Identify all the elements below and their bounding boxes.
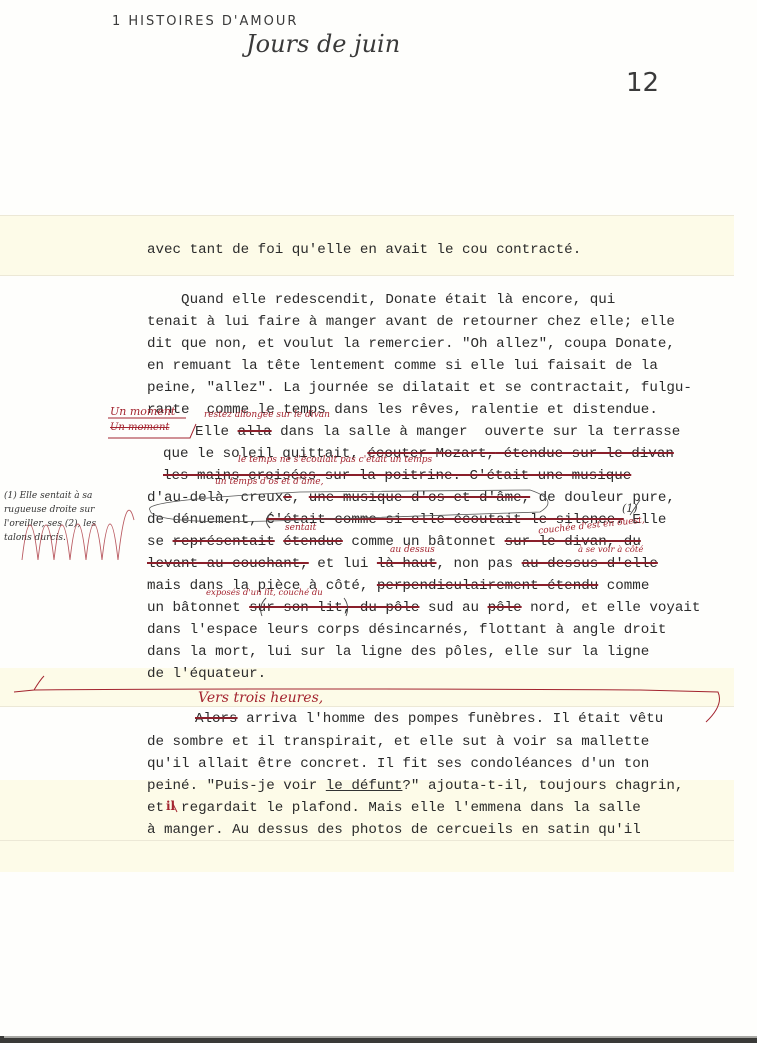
interlinear-annotation: exposés d'un lit, couché du <box>206 588 323 598</box>
page-number: 12 <box>626 68 659 98</box>
struck-text: sur son lit, du pôle <box>249 600 419 616</box>
interlinear-annotation: au dessus <box>390 545 435 555</box>
typed-line: dans la mort, lui sur la ligne des pôles… <box>147 645 649 659</box>
typed-line: peine, "allez". La journée se dilatait e… <box>147 381 692 395</box>
struck-text: perpendiculairement étendu <box>377 578 598 594</box>
pasted-paper-strip <box>0 668 734 706</box>
insert-marker: (1) <box>622 502 638 515</box>
typed-line: de sombre et il transpirait, et elle sut… <box>147 735 649 749</box>
struck-text: représentait <box>173 534 275 550</box>
struck-text: étendue <box>283 534 343 550</box>
underlined-text: le défunt <box>326 778 403 794</box>
typed-line: tenait à lui faire à manger avant de ret… <box>147 315 675 329</box>
struck-text: Alors <box>195 711 238 727</box>
typed-line: de l'équateur. <box>147 667 266 681</box>
typed-line: dit que non, et voulut la remercier. "Oh… <box>147 337 675 351</box>
typed-line: d'au-delà, creuxe, une musique d'os et d… <box>147 491 675 505</box>
typed-line: levant au couchant, et lui là haut, non … <box>147 557 658 571</box>
struck-text: levant au couchant, <box>147 556 309 572</box>
paper-edge <box>0 215 734 216</box>
interlinear-annotation: un temps d'os et d'âme, <box>215 477 323 487</box>
typed-line: qu'il allait être concret. Il fit ses co… <box>147 757 649 771</box>
interlinear-annotation: sentait <box>285 523 316 533</box>
struck-text: C'était une musique <box>470 468 632 484</box>
scan-border <box>0 1036 757 1043</box>
insert-annotation: il <box>166 799 175 813</box>
typed-line: Alors arriva l'homme des pompes funèbres… <box>195 712 663 726</box>
paper-edge <box>0 706 734 707</box>
typed-line: Elle alla dans la salle à manger ouverte… <box>195 425 680 439</box>
header-note-subtitle: Jours de juin <box>246 30 400 58</box>
paper-edge <box>0 840 734 841</box>
typed-line: à manger. Au dessus des photos de cercue… <box>147 823 641 837</box>
interlinear-annotation: Vers trois heures, <box>198 690 323 706</box>
interlinear-annotation: restez allongée sur le divan <box>204 410 330 420</box>
paper-edge <box>0 275 734 276</box>
struck-text: pôle <box>488 600 522 616</box>
margin-note: (1) Elle sentait à sa rugueuse droite su… <box>4 490 96 546</box>
header-note-title: 1 HISTOIRES D'AMOUR <box>112 14 298 29</box>
interlinear-annotation: à se voir à côté <box>578 545 643 555</box>
struck-text: une musique d'os et d'âme, <box>309 490 530 506</box>
struck-text: alla <box>238 424 272 440</box>
struck-text: au dessus d'elle <box>522 556 658 572</box>
typed-line: peiné. "Puis-je voir le défunt?" ajouta-… <box>147 779 683 793</box>
typed-line: avec tant de foi qu'elle en avait le cou… <box>147 243 581 257</box>
typed-line: un bâtonnet sur son lit, du pôle sud au … <box>147 601 700 615</box>
margin-annotation: Un moment <box>110 405 175 418</box>
margin-annotation: Un moment <box>110 422 169 433</box>
typed-line: dans l'espace leurs corps désincarnés, f… <box>147 623 666 637</box>
struck-text: là haut <box>377 556 437 572</box>
manuscript-page: 1 HISTOIRES D'AMOUR Jours de juin 12 ave… <box>0 0 757 1043</box>
interlinear-annotation: le temps ne s'écoulait pas c'était un te… <box>238 455 432 465</box>
struck-text: e <box>283 490 292 506</box>
typed-line: en remuant la tête lentement comme si el… <box>147 359 658 373</box>
typed-line: et regardait le plafond. Mais elle l'emm… <box>147 801 641 815</box>
typed-line: Quand elle redescendit, Donate était là … <box>147 293 615 307</box>
